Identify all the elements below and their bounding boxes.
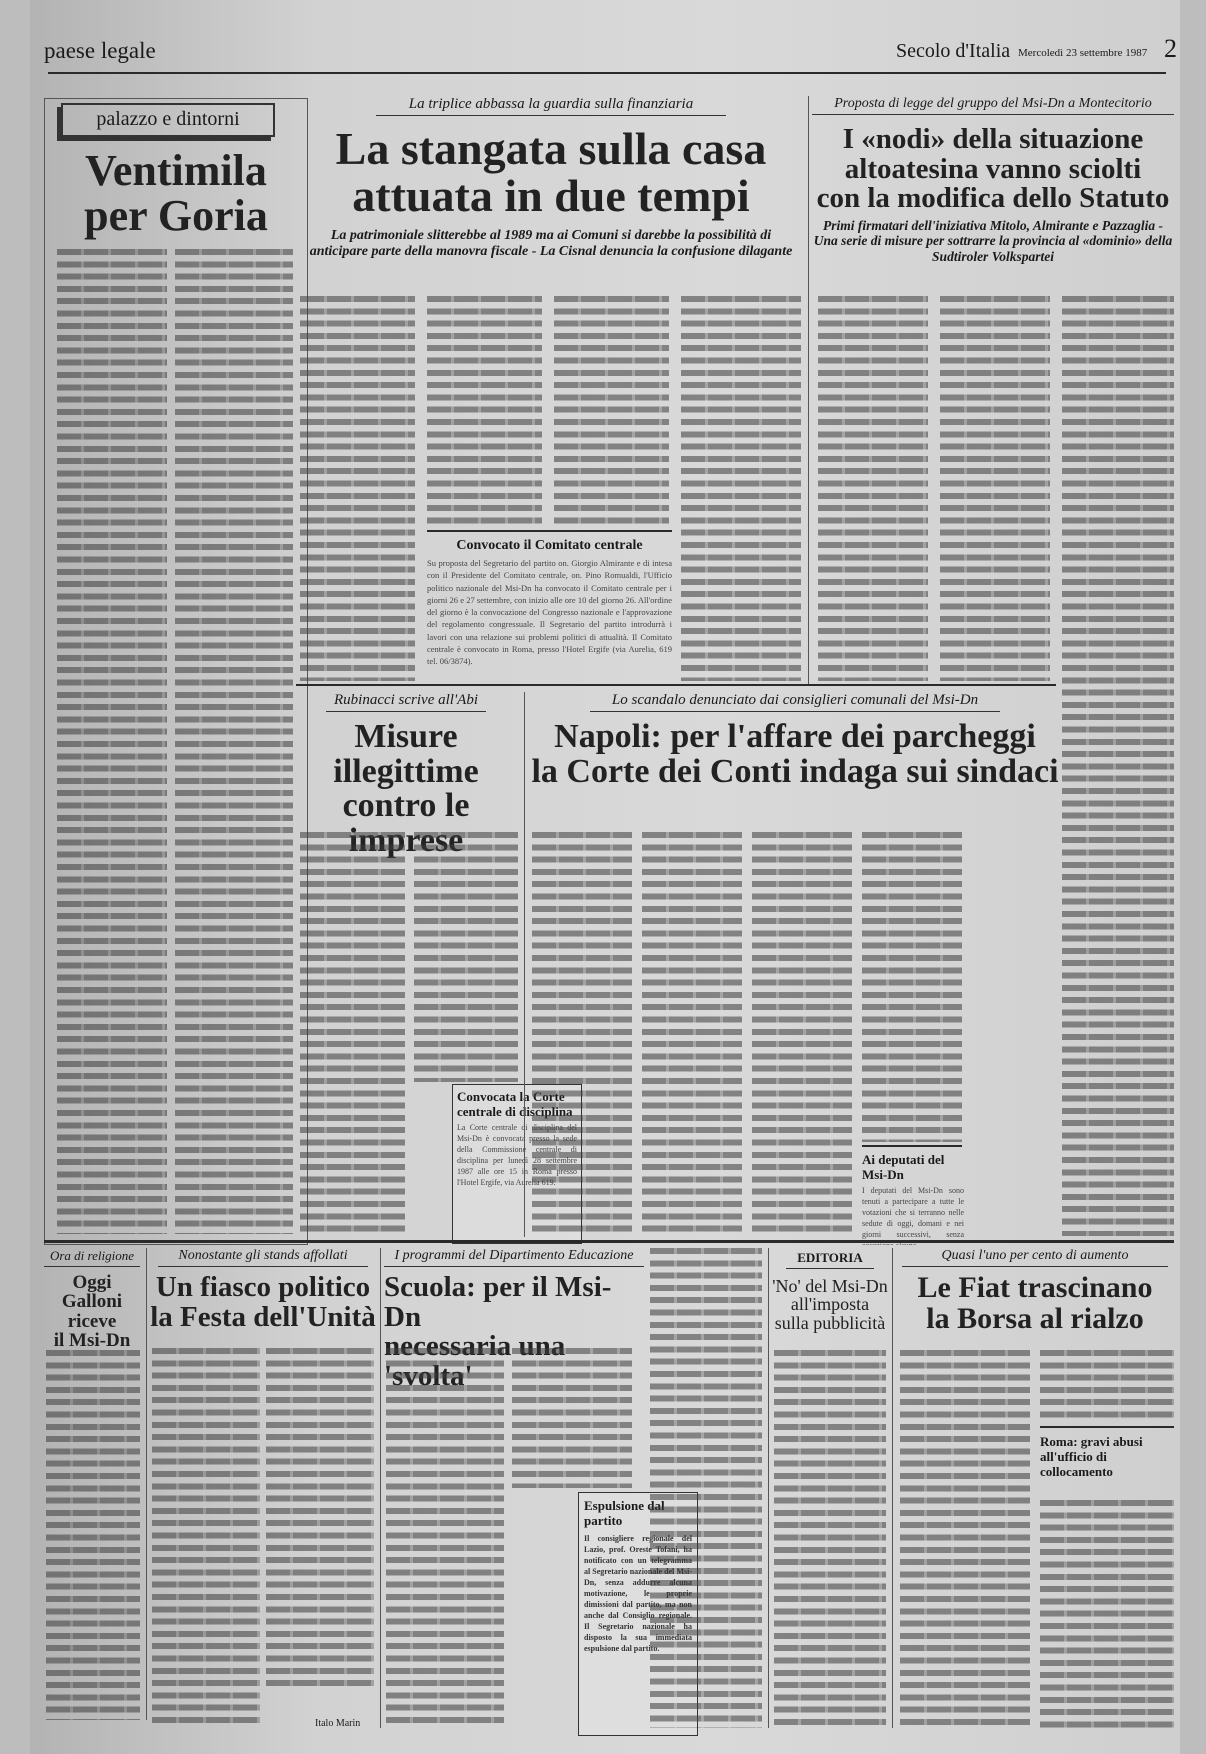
notice-text: I deputati del Msi-Dn sono tenuti a part…: [862, 1185, 964, 1245]
column-divider: [808, 96, 809, 686]
body-column: [414, 832, 518, 1082]
header-rule: [48, 72, 1166, 74]
body-column: [57, 249, 167, 1234]
body-column: [900, 1350, 1030, 1730]
body-column: [46, 1350, 140, 1720]
body-column: [681, 296, 801, 681]
headline: Napoli: per l'affare dei parcheggi la Co…: [530, 720, 1060, 789]
body-column: [266, 1348, 374, 1688]
kicker: La triplice abbassa la guardia sulla fin…: [376, 96, 726, 116]
divider: [1040, 1426, 1174, 1428]
deputati-notice: Ai deputati del Msi-Dn I deputati del Ms…: [862, 1152, 964, 1245]
body-column: [862, 832, 962, 1142]
body-column: [940, 296, 1050, 681]
convocato-notice: Convocato il Comitato centrale Su propos…: [427, 538, 672, 687]
body-column: [554, 296, 669, 526]
newspaper-page: paese legale Secolo d'Italia Mercoledì 2…: [30, 0, 1180, 1754]
page-number: 2: [1164, 34, 1177, 64]
column-divider: [524, 692, 525, 1237]
body-column: [427, 296, 542, 526]
column-divider: [768, 1248, 769, 1728]
rubric-box: palazzo e dintorni: [61, 103, 275, 137]
roma-notice: Roma: gravi abusi all'ufficio di colloca…: [1040, 1434, 1174, 1479]
column-divider: [380, 1248, 381, 1728]
divider: [427, 530, 672, 532]
fiasco-article: Nonostante gli stands affollati Un fiasc…: [150, 1248, 376, 1332]
column-divider: [892, 1248, 893, 1728]
headline: I «nodi» della situazione altoatesina va…: [812, 125, 1174, 214]
body-column: [300, 832, 405, 1232]
headline: Oggi Galloni riceve il Msi-Dn: [44, 1273, 140, 1351]
stangata-article: La triplice abbassa la guardia sulla fin…: [296, 96, 806, 260]
kicker: Quasi l'uno per cento di aumento: [902, 1248, 1168, 1267]
deck: Primi firmatari dell'iniziativa Mitolo, …: [812, 218, 1174, 265]
kicker: Nonostante gli stands affollati: [158, 1248, 368, 1267]
byline: Italo Marin: [315, 1718, 360, 1729]
deck: La patrimoniale slitterebbe al 1989 ma a…: [296, 228, 806, 260]
body-column: [818, 296, 928, 681]
kicker: Lo scandalo denunciato dai consiglieri c…: [590, 692, 1000, 712]
body-column: [532, 832, 632, 1232]
body-column: [175, 249, 293, 1234]
ventimila-article: palazzo e dintorni Ventimila per Goria: [44, 98, 308, 1245]
nodi-article: Proposta di legge del gruppo del Msi-Dn …: [812, 96, 1174, 264]
divider: [862, 1145, 962, 1147]
section-title: paese legale: [44, 38, 156, 64]
headline: La stangata sulla casa attuata in due te…: [296, 126, 806, 220]
kicker: EDITORIA: [786, 1250, 874, 1269]
headline: Ventimila per Goria: [45, 149, 307, 239]
notice-title: Ai deputati del Msi-Dn: [862, 1152, 964, 1182]
divider: [44, 1240, 1174, 1243]
body-column: [152, 1348, 260, 1728]
body-column: [774, 1350, 886, 1730]
kicker: Rubinacci scrive all'Abi: [326, 692, 486, 712]
galloni-article: Ora di religione Oggi Galloni riceve il …: [44, 1248, 140, 1351]
kicker: Proposta di legge del gruppo del Msi-Dn …: [812, 96, 1174, 115]
body-column: [386, 1348, 504, 1728]
body-column: [1062, 296, 1174, 1236]
body-column: [300, 296, 415, 681]
headline: Le Fiat trascinano la Borsa al rialzo: [896, 1273, 1174, 1334]
kicker: I programmi del Dipartimento Educazione: [384, 1248, 644, 1267]
body-column: [642, 832, 742, 1232]
kicker: Ora di religione: [44, 1248, 140, 1267]
masthead: Secolo d'Italia: [896, 40, 1010, 63]
notice-text: Su proposta del Segretario del partito o…: [427, 557, 672, 687]
column-divider: [146, 1248, 147, 1720]
fiat-article: Quasi l'uno per cento di aumento Le Fiat…: [896, 1248, 1174, 1334]
body-column: [1040, 1350, 1174, 1420]
napoli-article: Lo scandalo denunciato dai consiglieri c…: [530, 692, 1060, 789]
divider: [296, 684, 1056, 686]
body-column: [650, 1248, 762, 1728]
body-column: [512, 1348, 632, 1488]
body-column: [752, 832, 852, 1232]
headline: Un fiasco politico la Festa dell'Unità: [150, 1273, 376, 1332]
body-column: [1040, 1500, 1174, 1730]
headline: 'No' del Msi-Dn all'imposta sulla pubbli…: [772, 1277, 888, 1332]
notice-title: Convocato il Comitato centrale: [427, 538, 672, 553]
issue-date: Mercoledì 23 settembre 1987: [1018, 47, 1147, 59]
notice-title: Roma: gravi abusi all'ufficio di colloca…: [1040, 1434, 1174, 1479]
editoria-article: EDITORIA 'No' del Msi-Dn all'imposta sul…: [772, 1250, 888, 1332]
